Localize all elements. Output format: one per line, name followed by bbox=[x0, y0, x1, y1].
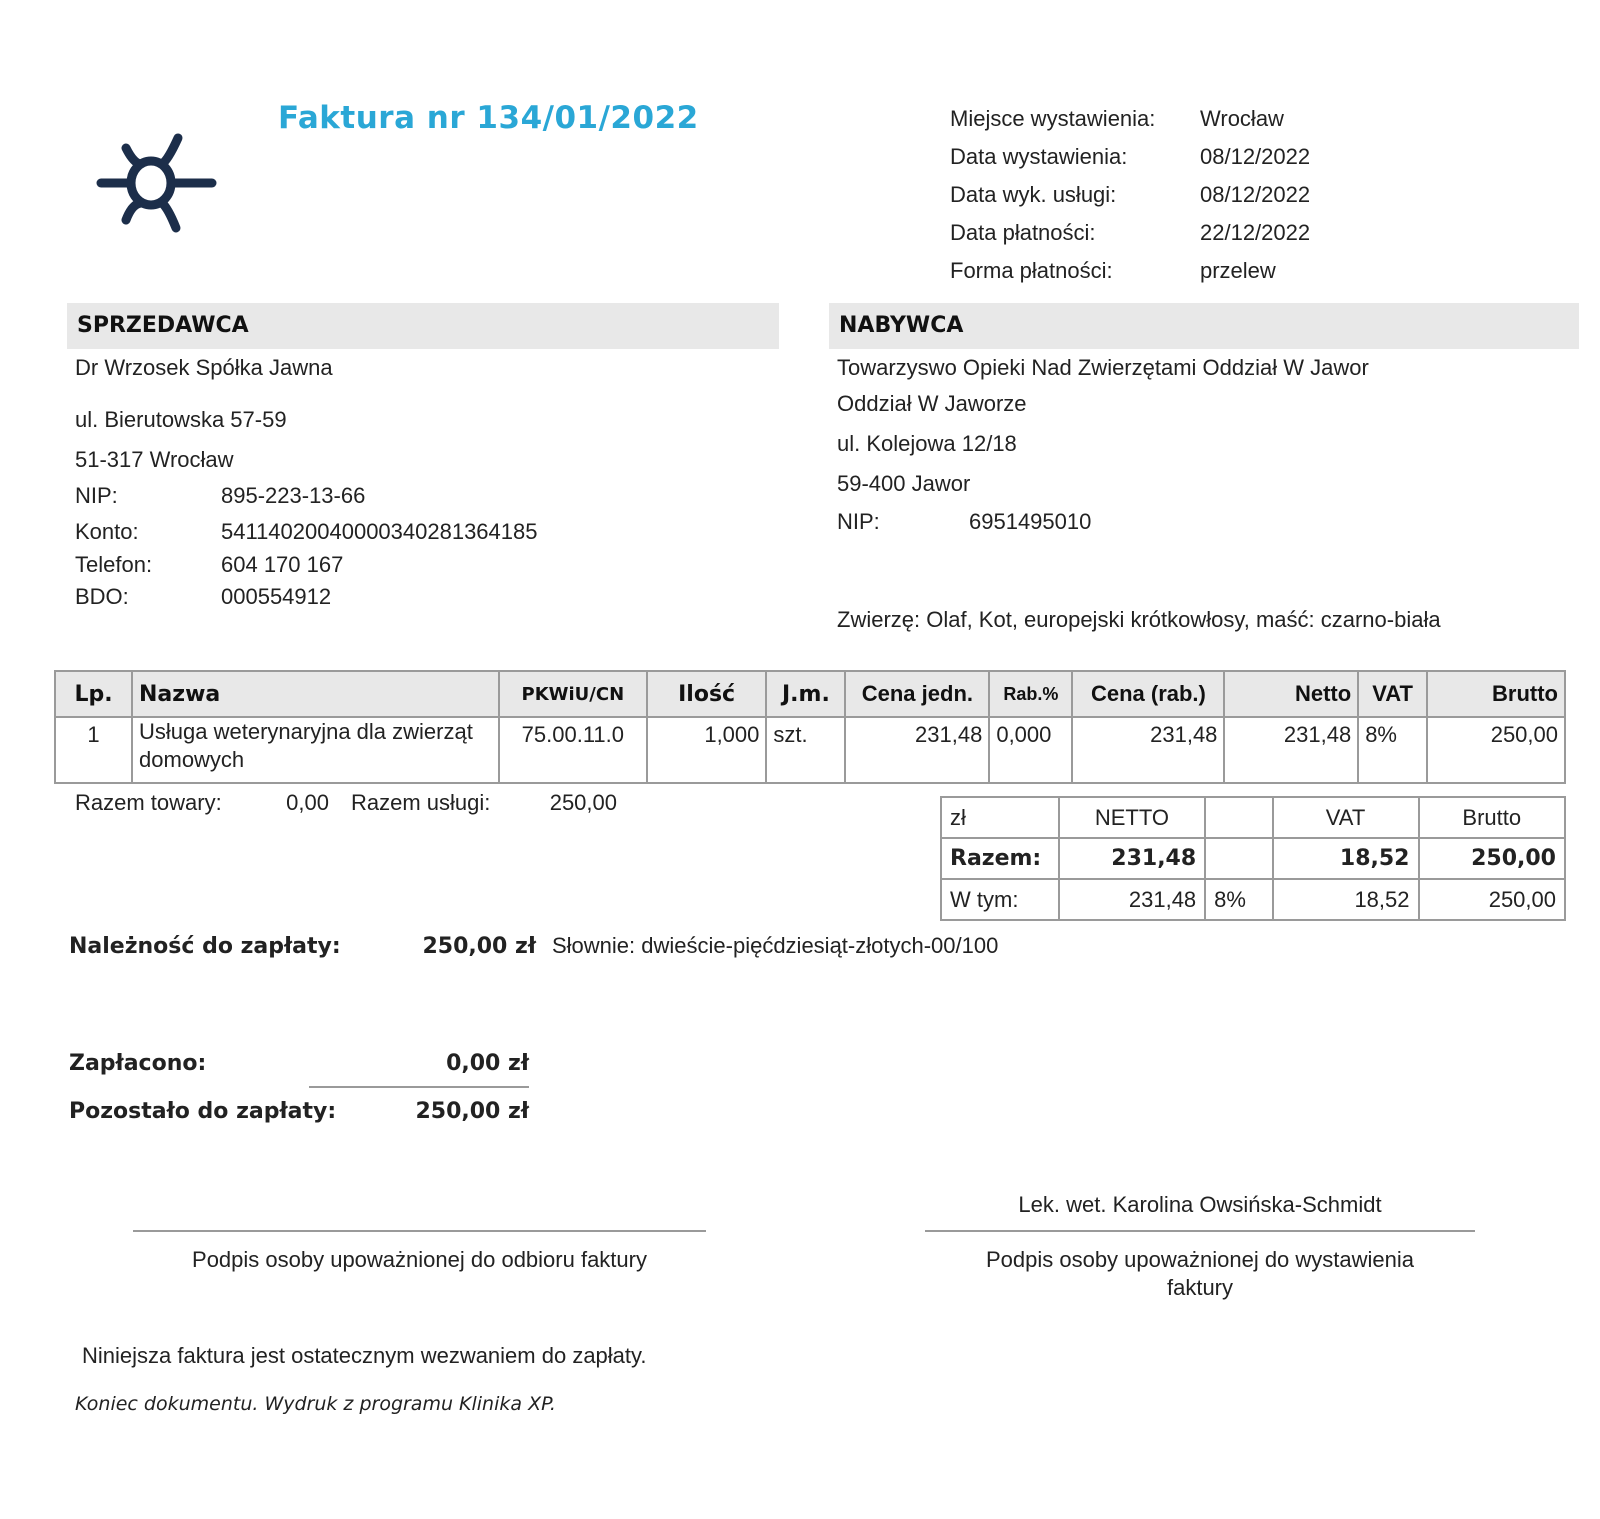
vat-col-vat: VAT bbox=[1273, 797, 1419, 838]
vat-col-rate bbox=[1205, 797, 1272, 838]
cell-lp: 1 bbox=[55, 717, 132, 783]
buyer-name-line1: Towarzyswo Opieki Nad Zwierzętami Oddzia… bbox=[829, 355, 1579, 391]
amount-due-label: Należność do zapłaty: bbox=[69, 934, 409, 959]
table-row: 1 Usługa weterynaryjna dla zwierząt domo… bbox=[55, 717, 1565, 783]
field-label: Konto: bbox=[75, 519, 221, 552]
meta-row-payment-method: Forma płatności: przelew bbox=[950, 252, 1310, 290]
document-footer: Koniec dokumentu. Wydruk z programu Klin… bbox=[75, 1393, 556, 1415]
field-value: 895-223-13-66 bbox=[221, 483, 365, 519]
paid-label: Zapłacono: bbox=[69, 1051, 206, 1076]
meta-value: 22/12/2022 bbox=[1200, 220, 1310, 246]
vat-breakdown-row: W tym: 231,48 8% 18,52 250,00 bbox=[941, 879, 1565, 920]
vat-total-net: 231,48 bbox=[1059, 838, 1205, 879]
col-qty: Ilość bbox=[647, 671, 767, 717]
meta-row-service-date: Data wyk. usługi: 08/12/2022 bbox=[950, 176, 1310, 214]
col-unit-price: Cena jedn. bbox=[845, 671, 989, 717]
items-table: Lp. Nazwa PKWiU/CN Ilość J.m. Cena jedn.… bbox=[54, 670, 1566, 784]
final-notice: Niniejsza faktura jest ostatecznym wezwa… bbox=[82, 1343, 647, 1369]
remaining-label: Pozostało do zapłaty: bbox=[69, 1099, 336, 1124]
seller-section: SPRZEDAWCA Dr Wrzosek Spółka Jawna ul. B… bbox=[67, 303, 779, 616]
vat-total-vat: 18,52 bbox=[1273, 838, 1419, 879]
goods-total-value: 0,00 bbox=[261, 790, 329, 816]
vat-total-rate bbox=[1205, 838, 1272, 879]
field-label: BDO: bbox=[75, 584, 221, 616]
cell-name: Usługa weterynaryjna dla zwierząt domowy… bbox=[132, 717, 499, 783]
seller-phone: Telefon: 604 170 167 bbox=[67, 552, 779, 584]
goods-total-label: Razem towary: bbox=[75, 790, 261, 816]
vat-breakdown-vat: 18,52 bbox=[1273, 879, 1419, 920]
field-value: 6951495010 bbox=[969, 509, 1091, 545]
col-unit: J.m. bbox=[766, 671, 845, 717]
vat-header-row: zł NETTO VAT Brutto bbox=[941, 797, 1565, 838]
cell-discount: 0,000 bbox=[989, 717, 1072, 783]
receiver-signature-caption: Podpis osoby upoważnionej do odbioru fak… bbox=[133, 1232, 706, 1274]
cell-pkwiu: 75.00.11.0 bbox=[499, 717, 647, 783]
meta-label: Data wyk. usługi: bbox=[950, 182, 1200, 208]
meta-row-payment-date: Data płatności: 22/12/2022 bbox=[950, 214, 1310, 252]
amount-due: Należność do zapłaty: 250,00 zł Słownie:… bbox=[69, 933, 998, 959]
meta-value: Wrocław bbox=[1200, 106, 1284, 132]
animal-info: Zwierzę: Olaf, Kot, europejski krótkowło… bbox=[829, 607, 1579, 633]
invoice-meta: Miejsce wystawienia: Wrocław Data wystaw… bbox=[950, 100, 1310, 290]
vat-total-gross: 250,00 bbox=[1419, 838, 1566, 879]
seller-nip: NIP: 895-223-13-66 bbox=[67, 483, 779, 519]
meta-label: Forma płatności: bbox=[950, 258, 1200, 284]
cell-unit: szt. bbox=[766, 717, 845, 783]
vat-total-row: Razem: 231,48 18,52 250,00 bbox=[941, 838, 1565, 879]
issuer-signature: Lek. wet. Karolina Owsińska-Schmidt Podp… bbox=[925, 1230, 1475, 1302]
meta-value: 08/12/2022 bbox=[1200, 144, 1310, 170]
meta-label: Data wystawienia: bbox=[950, 144, 1200, 170]
cell-unit-price: 231,48 bbox=[845, 717, 989, 783]
meta-value: 08/12/2022 bbox=[1200, 182, 1310, 208]
vat-col-gross: Brutto bbox=[1419, 797, 1566, 838]
buyer-name-line2: Oddział W Jaworze bbox=[829, 391, 1579, 431]
col-net: Netto bbox=[1224, 671, 1358, 717]
field-value: 000554912 bbox=[221, 584, 331, 616]
seller-account: Konto: 54114020040000340281364185 bbox=[67, 519, 779, 552]
meta-row-place: Miejsce wystawienia: Wrocław bbox=[950, 100, 1310, 138]
col-pkwiu: PKWiU/CN bbox=[499, 671, 647, 717]
vat-currency: zł bbox=[941, 797, 1059, 838]
amount-due-value: 250,00 zł bbox=[409, 934, 536, 959]
vat-breakdown-rate: 8% bbox=[1205, 879, 1272, 920]
col-name: Nazwa bbox=[132, 671, 499, 717]
vat-col-net: NETTO bbox=[1059, 797, 1205, 838]
receiver-signature: Podpis osoby upoważnionej do odbioru fak… bbox=[133, 1230, 706, 1274]
col-lp: Lp. bbox=[55, 671, 132, 717]
remaining-row: Pozostało do zapłaty: 250,00 zł bbox=[69, 1088, 529, 1134]
services-total-label: Razem usługi: bbox=[351, 790, 527, 816]
cell-vat: 8% bbox=[1358, 717, 1427, 783]
vat-breakdown-net: 231,48 bbox=[1059, 879, 1205, 920]
field-value: 604 170 167 bbox=[221, 552, 343, 584]
seller-name: Dr Wrzosek Spółka Jawna bbox=[67, 355, 779, 407]
vat-total-label: Razem: bbox=[941, 838, 1059, 879]
meta-label: Miejsce wystawienia: bbox=[950, 106, 1200, 132]
clinic-logo-icon bbox=[96, 130, 220, 240]
col-discount: Rab.% bbox=[989, 671, 1072, 717]
col-vat: VAT bbox=[1358, 671, 1427, 717]
vat-breakdown-gross: 250,00 bbox=[1419, 879, 1566, 920]
paid-value: 0,00 zł bbox=[446, 1051, 529, 1076]
field-value: 54114020040000340281364185 bbox=[221, 519, 538, 552]
field-label: Telefon: bbox=[75, 552, 221, 584]
buyer-section: NABYWCA Towarzyswo Opieki Nad Zwierzętam… bbox=[829, 303, 1579, 633]
amount-in-words: Słownie: dwieście-pięćdziesiąt-złotych-0… bbox=[552, 933, 998, 959]
seller-city: 51-317 Wrocław bbox=[67, 447, 779, 483]
seller-heading: SPRZEDAWCA bbox=[67, 303, 779, 349]
vat-breakdown-label: W tym: bbox=[941, 879, 1059, 920]
meta-label: Data płatności: bbox=[950, 220, 1200, 246]
buyer-heading: NABYWCA bbox=[829, 303, 1579, 349]
remaining-value: 250,00 zł bbox=[415, 1099, 529, 1124]
buyer-street: ul. Kolejowa 12/18 bbox=[829, 431, 1579, 471]
cell-net: 231,48 bbox=[1224, 717, 1358, 783]
col-gross: Brutto bbox=[1427, 671, 1565, 717]
issuer-signature-caption: Podpis osoby upoważnionej do wystawienia… bbox=[925, 1232, 1475, 1302]
field-label: NIP: bbox=[75, 483, 221, 519]
paid-row: Zapłacono: 0,00 zł bbox=[69, 1040, 529, 1086]
buyer-city: 59-400 Jawor bbox=[829, 471, 1579, 509]
issuer-name: Lek. wet. Karolina Owsińska-Schmidt bbox=[925, 1192, 1475, 1218]
seller-street: ul. Bierutowska 57-59 bbox=[67, 407, 779, 447]
subtotals: Razem towary: 0,00 Razem usługi: 250,00 bbox=[75, 790, 617, 816]
items-header-row: Lp. Nazwa PKWiU/CN Ilość J.m. Cena jedn.… bbox=[55, 671, 1565, 717]
vat-summary-table: zł NETTO VAT Brutto Razem: 231,48 18,52 … bbox=[940, 796, 1566, 921]
cell-qty: 1,000 bbox=[647, 717, 767, 783]
cell-gross: 250,00 bbox=[1427, 717, 1565, 783]
meta-row-issue-date: Data wystawienia: 08/12/2022 bbox=[950, 138, 1310, 176]
col-discounted-price: Cena (rab.) bbox=[1072, 671, 1224, 717]
buyer-nip: NIP: 6951495010 bbox=[829, 509, 1579, 545]
meta-value: przelew bbox=[1200, 258, 1276, 284]
services-total-value: 250,00 bbox=[527, 790, 617, 816]
payment-status: Zapłacono: 0,00 zł Pozostało do zapłaty:… bbox=[69, 1040, 529, 1134]
seller-bdo: BDO: 000554912 bbox=[67, 584, 779, 616]
invoice-title: Faktura nr 134/01/2022 bbox=[278, 100, 699, 136]
field-label: NIP: bbox=[837, 509, 969, 545]
cell-discounted-price: 231,48 bbox=[1072, 717, 1224, 783]
